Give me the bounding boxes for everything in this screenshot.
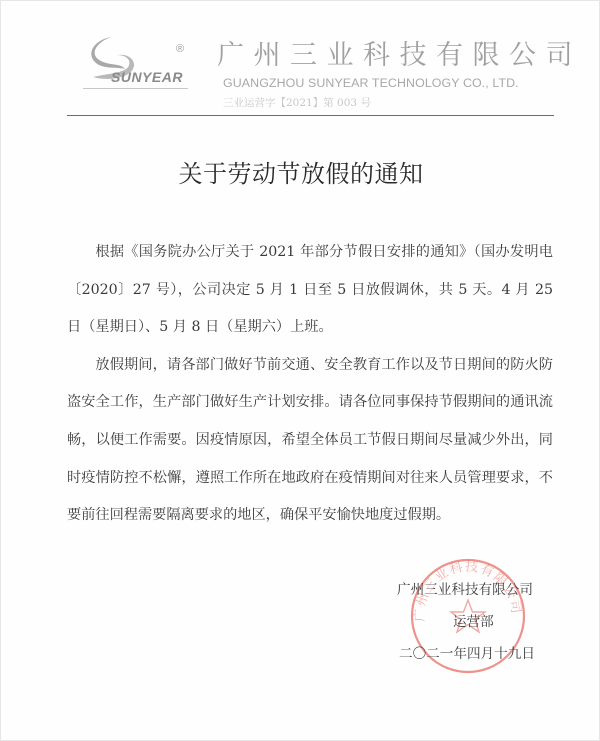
company-name-cn: 广州三业科技有限公司 [217, 33, 582, 72]
registered-mark: ® [176, 43, 184, 55]
document-body: 根据《国务院办公厅关于 2021 年部分节假日安排的通知》（国办发明电〔2020… [67, 234, 553, 535]
logo-wordmark: SUNYEAR [111, 69, 183, 85]
header-divider [67, 115, 554, 116]
signature-department: 运营部 [453, 610, 494, 630]
signature-company: 广州三业科技有限公司 [397, 578, 533, 598]
logo-underline [83, 88, 188, 89]
signature-date: 二〇二一年四月十九日 [399, 642, 535, 662]
document-title: 关于劳动节放假的通知 [1, 154, 600, 189]
body-paragraph: 根据《国务院办公厅关于 2021 年部分节假日安排的通知》（国办发明电〔2020… [67, 234, 553, 347]
document-page: ® SUNYEAR 广州三业科技有限公司 GUANGZHOU SUNYEAR T… [0, 0, 600, 741]
sunyear-logo: ® SUNYEAR [81, 33, 191, 93]
company-name-en: GUANGZHOU SUNYEAR TECHNOLOGY CO., LTD. [223, 76, 519, 90]
document-number: 三业运营字【2021】第 003 号 [223, 95, 371, 110]
body-paragraph: 放假期间，请各部门做好节前交通、安全教育工作以及节日期间的防火防盗安全工作，生产… [67, 347, 553, 535]
